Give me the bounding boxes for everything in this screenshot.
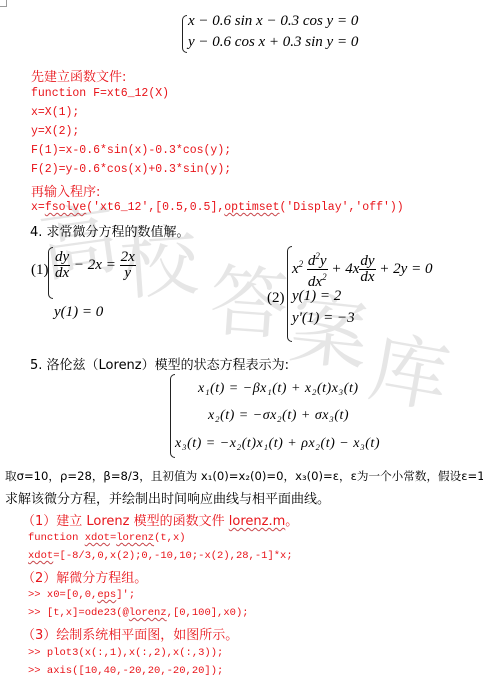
numerator: 2x	[120, 250, 136, 266]
label-text: （1）建立 Lorenz 模型的函数文件	[22, 514, 229, 529]
equation: x − 0.6 sin x − 0.3 cos y = 0	[188, 13, 358, 30]
code-text: ('Display','off'))	[279, 201, 403, 214]
equation: x2 d2ydx2 + 4xdydx + 2y = 0	[292, 249, 432, 290]
code-line: >> axis([10,40,-20,20,-20,20]);	[28, 665, 223, 677]
code-line: >> x0=[0,0,eps]';	[28, 589, 135, 601]
code-text: eps	[97, 589, 116, 601]
code-text: ,[0,100],x0);	[167, 607, 249, 619]
code-text: ('xt6_12',[0.5,0.5],	[86, 201, 224, 214]
equation-text: + 4x	[328, 261, 360, 277]
code-text: x=	[31, 201, 45, 214]
initial-condition: y(1) = 2	[292, 288, 341, 305]
code-line: xdot=[-8/3,0,x(2);0,-10,10;-x(2),28,-1]*…	[28, 550, 293, 562]
equation-text: x	[292, 261, 299, 277]
code-line: x=X(1);	[31, 106, 79, 119]
sub-step-label: （1）建立 Lorenz 模型的函数文件 lorenz.m。	[22, 510, 298, 529]
numerator: dy	[359, 254, 375, 270]
code-text: >> [t,x]=ode23(@	[28, 607, 129, 619]
initial-condition: y(1) = 0	[54, 304, 103, 321]
numerator: dy	[54, 250, 70, 266]
code-text: lorenz	[116, 532, 154, 544]
equation: x₃(t) = −x₂(t)x₁(t) + ρx₂(t) − x₃(t)	[175, 436, 380, 452]
equation-text: − 2x =	[70, 257, 119, 273]
brace	[182, 15, 187, 53]
code-text: optimset	[224, 201, 279, 214]
equation-text: + 2y = 0	[376, 261, 433, 277]
watermark-char: 库	[364, 329, 454, 419]
code-text: lorenz	[129, 607, 167, 619]
brace	[48, 247, 53, 299]
code-text: =[-8/3,0,x(2);0,-10,10;-x(2),28,-1]*x;	[53, 550, 292, 562]
section-5-heading: 5. 洛伦兹（Lorenz）模型的状态方程表示为:	[30, 354, 289, 373]
code-text: fsolve	[45, 201, 86, 214]
initial-condition: y'(1) = −3	[292, 310, 355, 327]
equation-text: y	[320, 253, 327, 269]
sub-step-label: （2）解微分方程组。	[22, 567, 147, 586]
code-line: y=X(2);	[31, 125, 79, 138]
code-text: ]';	[116, 589, 135, 601]
denominator: dx	[359, 270, 375, 285]
denominator: dx	[54, 266, 70, 281]
step-label: 先建立函数文件:	[31, 66, 126, 85]
parameter-paragraph: 求解该微分方程，并绘制出时间响应曲线与相平面曲线。	[5, 488, 330, 507]
equation: x₁(t) = −βx₁(t) + x₂(t)x₃(t)	[198, 381, 359, 397]
file-name: lorenz.m	[229, 514, 285, 529]
code-line: F(1)=x-0.6*sin(x)-0.3*cos(y);	[31, 144, 231, 157]
denominator: y	[120, 266, 136, 281]
code-line: function xdot=lorenz(t,x)	[28, 532, 186, 544]
code-line: >> [t,x]=ode23(@lorenz,[0,100],x0);	[28, 607, 249, 619]
equation: y − 0.6 cos x + 0.3 sin y = 0	[188, 34, 358, 51]
code-line: F(2)=y-0.6*cos(x)+0.3*sin(y);	[31, 163, 231, 176]
code-line: function F=xt6_12(X)	[31, 87, 169, 100]
parameter-paragraph: 取σ=10，ρ=28，β=8/3，且初值为 x₁(0)=x₂(0)=0，x₃(0…	[5, 468, 483, 484]
problem-label: (1)	[31, 262, 49, 279]
code-line: >> plot3(x(:,1),x(:,2),x(:,3));	[28, 647, 223, 659]
code-text: >> x0=[0,0,	[28, 589, 97, 601]
code-text: function	[28, 532, 85, 544]
code-text: xdot	[85, 532, 110, 544]
sub-step-label: （3）绘制系统相平面图，如图所示。	[22, 624, 238, 643]
section-4-heading: 4. 求常微分方程的数值解。	[30, 221, 190, 240]
problem-label: (2)	[267, 290, 285, 307]
label-text: 。	[285, 514, 298, 529]
page-corner-mark	[0, 0, 7, 7]
code-text: (t,x)	[154, 532, 186, 544]
equation: x₂(t) = −σx₂(t) + σx₃(t)	[208, 408, 349, 424]
equation: dydx − 2x = 2xy	[54, 250, 136, 281]
code-line-fsolve: x=fsolve('xt6_12',[0.5,0.5],optimset('Di…	[31, 201, 404, 214]
code-text: xdot	[28, 550, 53, 562]
step-label: 再输入程序:	[31, 181, 100, 200]
